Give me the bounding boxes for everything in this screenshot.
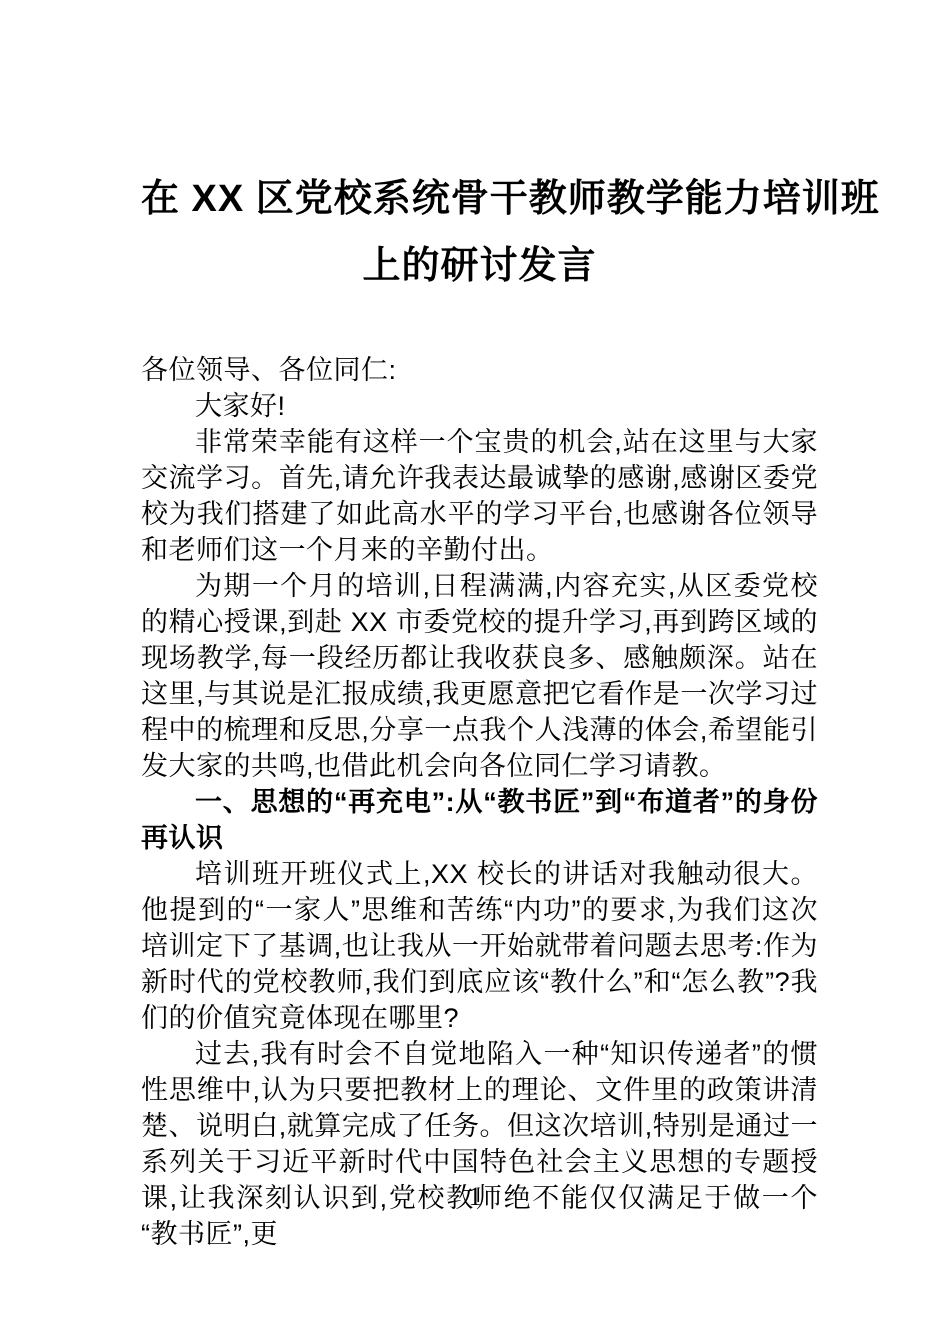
section-one-heading: 一、思想的“再充电”:从“教书匠”到“布道者”的身份再认识 [141,784,818,856]
document-page: 在 XX 区党校系统骨干教师教学能力培训班 上的研讨发言 各位领导、各位同仁: … [0,0,950,1344]
greeting-paragraph: 大家好! [141,388,818,424]
section-one-paragraph-2: 过去,我有时会不自觉地陷入一种“知识传递者”的惯性思维中,认为只要把教材上的理论… [141,1036,818,1252]
training-overview-paragraph: 为期一个月的培训,日程满满,内容充实,从区委党校的精心授课,到赴 XX 市委党校… [141,568,818,784]
document-title: 在 XX 区党校系统骨干教师教学能力培训班 上的研讨发言 [141,166,818,300]
page-number: 1 [0,1182,950,1212]
document-body: 各位领导、各位同仁: 大家好! 非常荣幸能有这样一个宝贵的机会,站在这里与大家交… [141,352,818,1252]
document-title-line-2: 上的研讨发言 [141,233,818,300]
document-title-line-1: 在 XX 区党校系统骨干教师教学能力培训班 [141,166,818,233]
salutation-line: 各位领导、各位同仁: [141,352,818,388]
section-one-paragraph-1: 培训班开班仪式上,XX 校长的讲话对我触动很大。他提到的“一家人”思维和苦练“内… [141,856,818,1036]
opening-thanks-paragraph: 非常荣幸能有这样一个宝贵的机会,站在这里与大家交流学习。首先,请允许我表达最诚挚… [141,424,818,568]
